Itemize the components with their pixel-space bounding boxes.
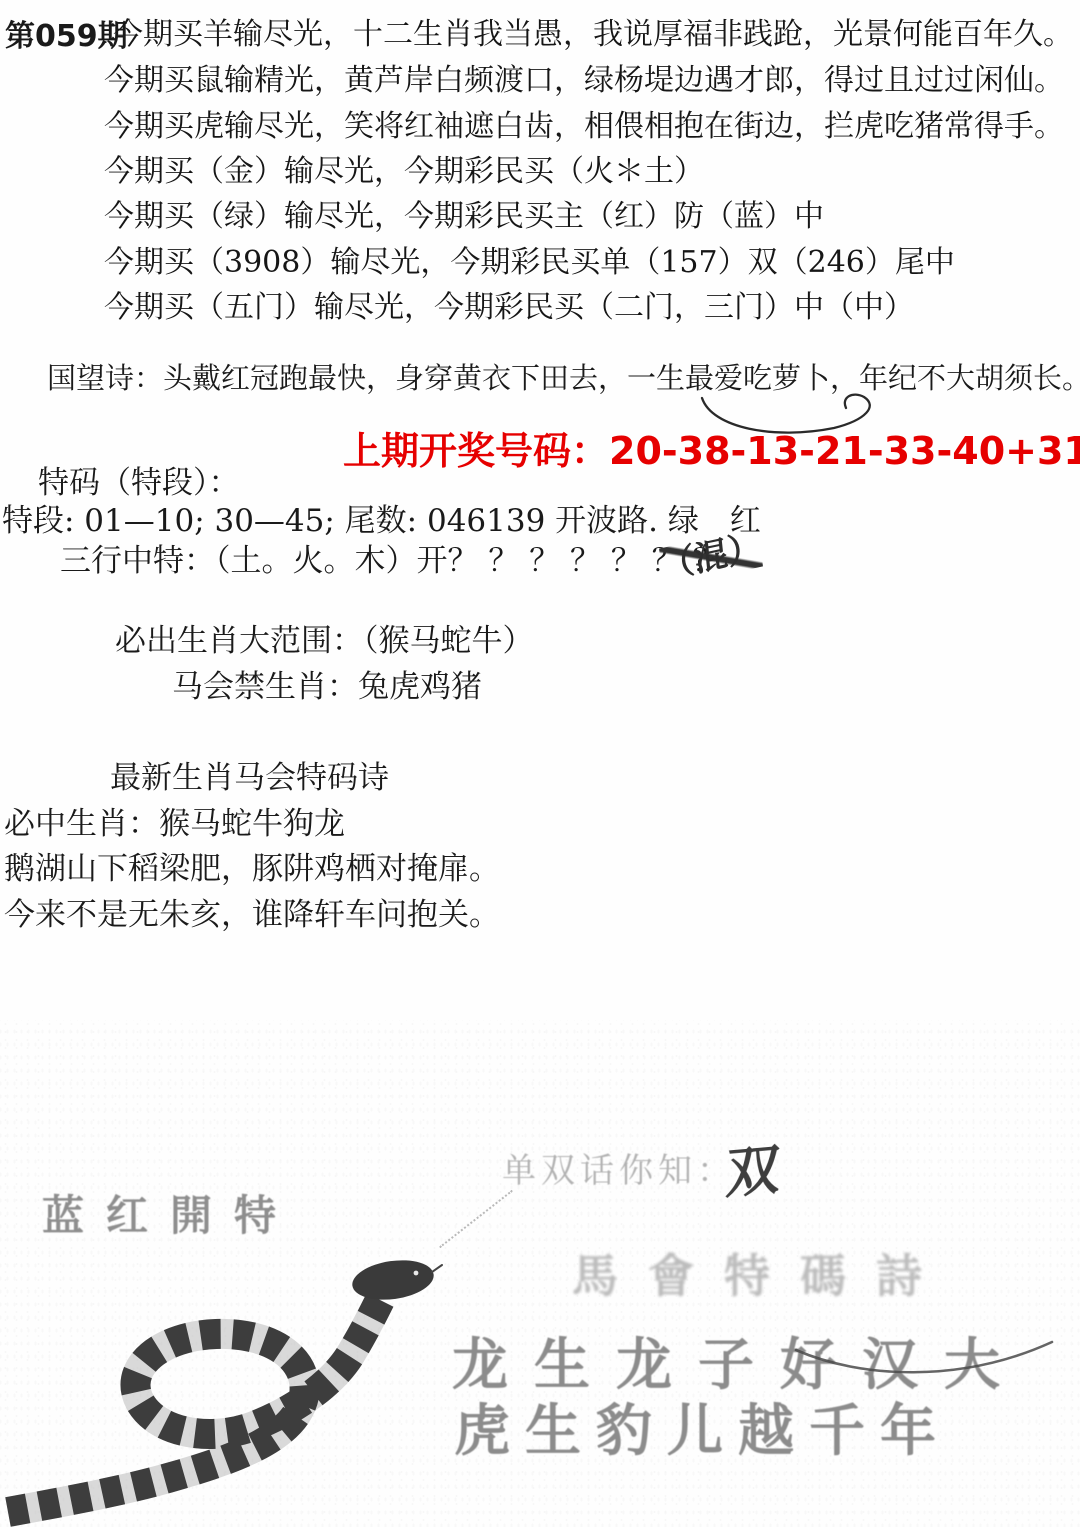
pen-scratch-mark bbox=[439, 1190, 513, 1248]
poem-verse-2: 今来不是无朱亥，谁降轩车问抱关。 bbox=[4, 898, 500, 934]
tip-line-numbers: 今期买（3908）输尽光，今期彩民买单（157）双（246）尾中 bbox=[104, 246, 955, 281]
lottery-tip-sheet: 第059期 今期买羊输尽光，十二生肖我当愚，我说厚福非践跄，光景何能百年久。 今… bbox=[0, 0, 1080, 1527]
tip-line-gates: 今期买（五门）输尽光，今期彩民买（二门，三门）中（中） bbox=[104, 291, 914, 326]
guowang-poem-line: 国望诗：头戴红冠跑最快，身穿黄衣下田去，一生最爱吃萝卜，年纪不大胡须长。 bbox=[47, 362, 1080, 395]
strike-curve-mark bbox=[788, 1336, 1063, 1394]
issue-number: 第059期 bbox=[5, 20, 128, 55]
tip-line-green: 今期买（绿）输尽光，今期彩民买主（红）防（蓝）中 bbox=[104, 200, 824, 235]
tip-line-tiger: 今期买虎输尽光，笑将红袖遮白齿，相偎相抱在街边，拦虎吃猪常得手。 bbox=[104, 110, 1064, 145]
tip-line-sheep: 今期买羊输尽光，十二生肖我当愚，我说厚福非践跄，光景何能百年久。 bbox=[113, 18, 1073, 53]
tip-line-gold: 今期买（金）输尽光，今期彩民买（火＊土） bbox=[104, 155, 704, 190]
three-elements-line: 三行中特：（土。火。木）开？ ？ ？ ？ ？ ？ ？ bbox=[60, 544, 724, 580]
blue-red-open-special: 蓝红開特 bbox=[42, 1192, 298, 1240]
zodiac-banned: 马会禁生肖：兔虎鸡猪 bbox=[172, 670, 482, 706]
special-code-title: 特码（特段）： bbox=[38, 466, 240, 502]
club-poem-watermark: 馬會特碼詩 bbox=[572, 1250, 952, 1303]
tip-line-rat: 今期买鼠输精光，黄芦岸白频渡口，绿杨堤边遇才郎，得过且过过闲仙。 bbox=[104, 64, 1064, 99]
zodiac-must-hit: 必中生肖：猴马蛇牛狗龙 bbox=[4, 807, 345, 843]
special-segment-line: 特段: 01—10; 30—45; 尾数: 046139 开波路. 绿 红 bbox=[2, 504, 761, 540]
snake-illustration bbox=[0, 1240, 440, 1527]
odd-even-label: 单双话你知： bbox=[502, 1152, 736, 1191]
previous-draw-numbers: 上期开奖号码：20-38-13-21-33-40+31 bbox=[343, 430, 1080, 474]
zodiac-poem-title: 最新生肖马会特码诗 bbox=[110, 761, 389, 797]
zodiac-must-range: 必出生肖大范围：（猴马蛇牛） bbox=[115, 624, 534, 660]
odd-even-handwritten-value: 双 bbox=[724, 1137, 781, 1204]
big-verse-line-2: 虎生豹儿越千年 bbox=[454, 1399, 951, 1463]
poem-verse-1: 鹅湖山下稻梁肥，豚阱鸡栖对掩扉。 bbox=[4, 852, 500, 888]
